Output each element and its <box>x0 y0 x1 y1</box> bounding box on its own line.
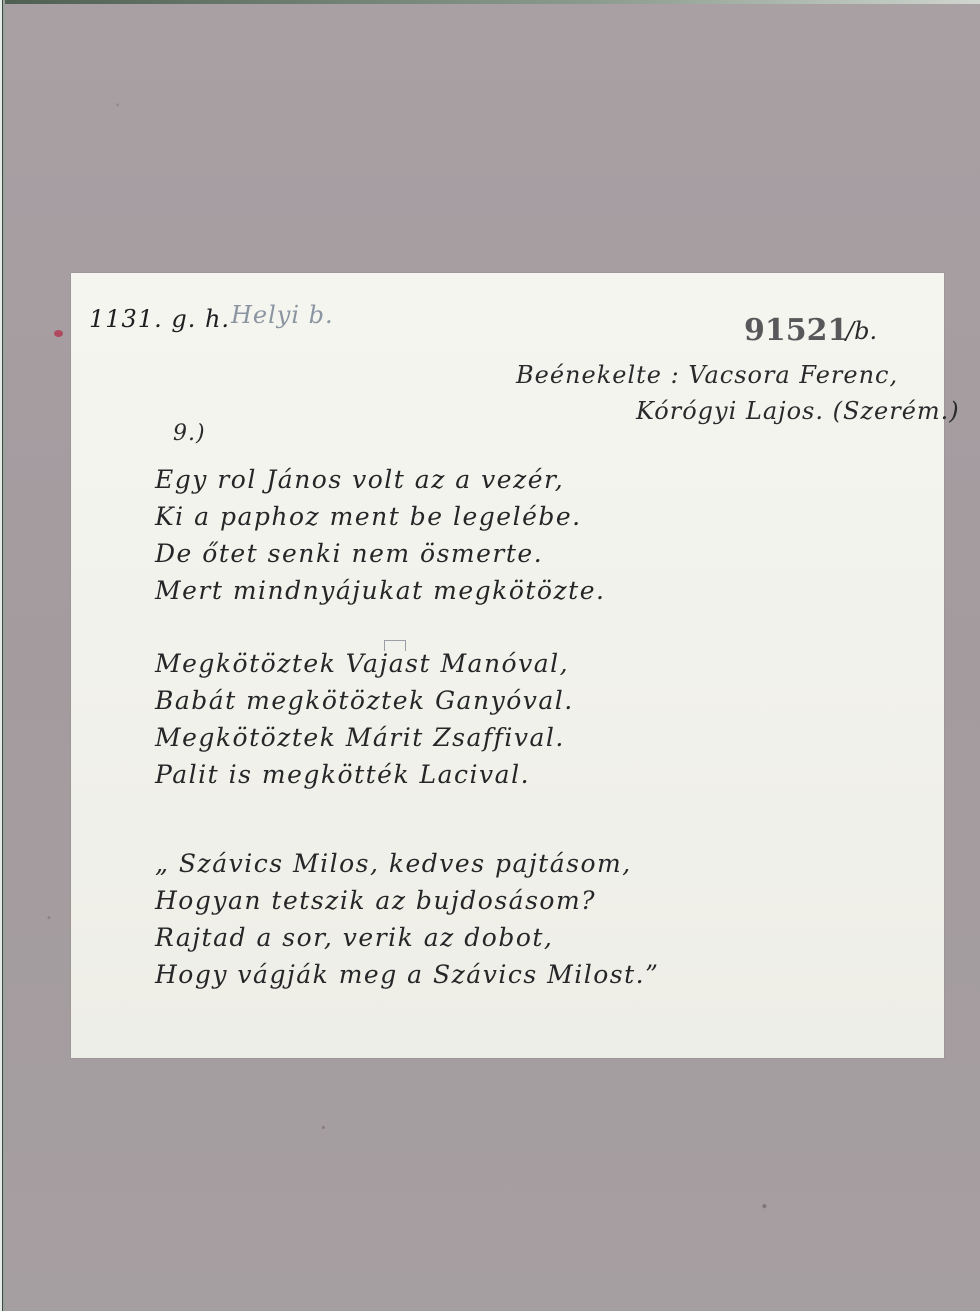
stanza-2: Megkötöztek Vajast Manóval, Babát megköt… <box>155 645 574 793</box>
singer-attribution-line-1: Beénekelte : Vacsora Ferenc, <box>516 361 898 389</box>
archive-stamp-number: 91521 <box>744 313 848 348</box>
catalog-number: 1131. g. h. <box>89 305 230 333</box>
verse-line: Megkötöztek Márit Zsaffival. <box>155 719 574 756</box>
stanza-3: „ Szávics Milos, kedves pajtásom, Hogyan… <box>155 845 659 993</box>
archive-stamp-suffix: /b. <box>846 317 877 345</box>
song-number: 9.) <box>173 421 206 446</box>
verse-line: Ki a paphoz ment be legelébe. <box>155 498 605 535</box>
verse-line: De őtet senki nem ösmerte. <box>155 535 605 572</box>
verse-line: Megkötöztek Vajast Manóval, <box>155 645 574 682</box>
singer-attribution-line-2: Kórógyi Lajos. (Szerém.) <box>636 397 960 425</box>
verse-line: Egy rol János volt az a vezér, <box>155 461 605 498</box>
pencil-note: Helyi b. <box>231 301 334 329</box>
ink-stain <box>54 330 63 337</box>
scan-left-edge <box>0 0 5 1311</box>
verse-line: Rajtad a sor, verik az dobot, <box>155 919 659 956</box>
verse-line: „ Szávics Milos, kedves pajtásom, <box>155 845 659 882</box>
scan-top-edge <box>0 0 980 4</box>
verse-line: Palit is megkötték Lacival. <box>155 756 574 793</box>
verse-line: Mert mindnyájukat megkötözte. <box>155 572 605 609</box>
verse-line: Babát megkötöztek Ganyóval. <box>155 682 574 719</box>
manuscript-sheet: 1131. g. h. Helyi b. 91521 /b. Beénekelt… <box>71 273 944 1058</box>
verse-line: Hogyan tetszik az bujdosásom? <box>155 882 659 919</box>
verse-line: Hogy vágják meg a Szávics Milost.” <box>155 956 659 993</box>
stanza-1: Egy rol János volt az a vezér, Ki a paph… <box>155 461 605 609</box>
